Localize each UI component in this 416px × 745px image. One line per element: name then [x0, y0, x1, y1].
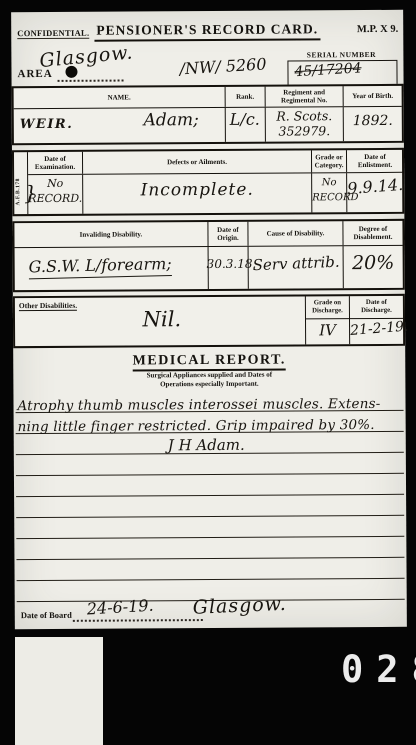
grade-record-line: RECORD [312, 190, 346, 205]
examination-date-value: No RECORD. [28, 177, 82, 207]
ruled-line [16, 453, 404, 476]
board-date-value: 24-6-19. [86, 596, 154, 619]
identity-table: NAME. Rank. Regiment and Regimental No. … [12, 84, 404, 145]
invaliding-disability-header: Invaliding Disability. [14, 222, 208, 247]
page-title: PENSIONER'S RECORD CARD. [94, 21, 320, 41]
serial-number-box: 45/17204 [287, 60, 397, 87]
grade-on-discharge-header: Grade on Discharge. [306, 296, 349, 319]
army-form-side-label: A.F.B.178 [15, 178, 21, 205]
board-row: Date of Board 24-6-19. Glasgow. [21, 598, 401, 626]
identity-value-row: WEIR. Adam; L/c. R. Scots. 352979. 1892. [14, 107, 402, 143]
examination-value-row: } No RECORD. Incomplete. No RECORD [28, 173, 403, 214]
rank-header: Rank. [226, 87, 266, 107]
other-disabilities-label: Other Disabilities. [19, 301, 77, 311]
medical-report-subtitle: Surgical Appliances supplied and Dates o… [13, 370, 405, 390]
no-record-line2: RECORD. [28, 192, 82, 207]
identity-header-row: NAME. Rank. Regiment and Regimental No. … [14, 86, 402, 109]
grade-category-value: No RECORD [312, 175, 346, 205]
forename-value: Adam; [144, 110, 199, 130]
disability-value-row: G.S.W. L/forearm; 30.3.18. Serv attrib. … [15, 246, 403, 290]
name-header: NAME. [14, 87, 226, 108]
other-disabilities-cell: Other Disabilities. Nil. [15, 296, 306, 346]
defects-cell: Incomplete. [83, 173, 312, 213]
ruled-line: ning little finger restricted. Grip impa… [16, 411, 404, 434]
enlistment-date-cell: 9.9.14. [347, 173, 403, 212]
grade-category-header: Grade or Category. [312, 150, 347, 172]
birth-year-value: 1892. [344, 113, 402, 129]
date-of-discharge-column: Date of Discharge. 21-2-19. [350, 296, 403, 344]
name-cell: WEIR. Adam; [14, 108, 226, 143]
date-of-board-label: Date of Board [21, 610, 72, 620]
board-place-value: Glasgow. [192, 593, 287, 619]
serial-number-value: 45/17204 [294, 60, 362, 80]
regiment-header: Regiment and Regimental No. [266, 86, 344, 106]
examination-date-cell: } No RECORD. [28, 175, 83, 214]
cause-of-disability-cell: Serv attrib. [249, 246, 344, 289]
grade-on-discharge-column: Grade on Discharge. IV [306, 296, 350, 344]
file-number-handwritten: /NW/ 5260 [179, 54, 267, 78]
ruled-line [16, 516, 404, 539]
rank-cell: L/c. [226, 108, 266, 142]
other-disabilities-value: Nil. [143, 307, 182, 331]
regiment-name: R. Scots. [266, 108, 343, 123]
scan-background: { "header": { "confidential": "CONFIDENT… [0, 0, 416, 745]
rank-value: L/c. [230, 110, 260, 129]
grade-no-line: No [312, 175, 346, 190]
ruled-line [16, 537, 404, 560]
form-reference: M.P. X 9. [357, 24, 398, 35]
area-dotted-line [58, 80, 124, 82]
date-of-discharge-cell: 21-2-19. [350, 319, 403, 344]
doctor-signature: J H Adam. [168, 436, 245, 454]
enlistment-date-header: Date of Enlistment. [347, 150, 403, 172]
examination-table: A.F.B.178 Date of Examination. Defects o… [12, 148, 404, 216]
ruled-line [16, 495, 404, 518]
ruled-line: Atrophy thumb muscles interossei muscles… [15, 390, 403, 413]
defects-header: Defects or Ailments. [83, 150, 312, 173]
frame-counter: 028 [341, 648, 416, 691]
ruled-line [16, 474, 404, 497]
birth-year-cell: 1892. [344, 107, 402, 141]
grade-category-cell: No RECORD [312, 173, 347, 212]
surname-value: WEIR. [20, 117, 74, 132]
examination-date-header: Date of Examination. [28, 152, 83, 174]
enlistment-date-value: 9.9.14. [347, 175, 404, 198]
disability-table: Invaliding Disability. Date of Origin. C… [12, 219, 404, 292]
cause-of-disability-value: Serv attrib. [252, 253, 340, 275]
grade-on-discharge-cell: IV [306, 319, 349, 344]
next-card-edge [15, 637, 103, 745]
medical-report-title: MEDICAL REPORT. [133, 353, 286, 372]
disability-header-row: Invaliding Disability. Date of Origin. C… [14, 221, 402, 248]
medical-notes-area: Atrophy thumb muscles interossei muscles… [15, 390, 404, 602]
invaliding-disability-cell: G.S.W. L/forearm; [15, 247, 209, 290]
date-of-discharge-value: 21-2-19. [350, 319, 404, 339]
ruled-line [16, 558, 404, 581]
date-of-origin-cell: 30.3.18. [209, 247, 249, 289]
examination-table-main: Date of Examination. Defects or Ailments… [28, 150, 403, 214]
date-of-discharge-header: Date of Discharge. [350, 296, 403, 319]
examination-header-row: Date of Examination. Defects or Ailments… [28, 150, 403, 175]
serial-number-label: SERIAL NUMBER [283, 50, 399, 60]
birth-year-header: Year of Birth. [344, 86, 402, 106]
confidential-stamp: CONFIDENTIAL. [17, 28, 89, 39]
no-record-line1: No [28, 177, 82, 192]
grade-on-discharge-value: IV [306, 321, 349, 339]
area-value-handwritten: Glasgow. [39, 41, 135, 72]
other-disabilities-table: Other Disabilities. Nil. Grade on Discha… [13, 294, 405, 348]
regimental-number: 352979. [266, 123, 343, 138]
board-dotted-line [73, 619, 203, 622]
date-of-origin-header: Date of Origin. [208, 222, 248, 246]
cause-of-disability-header: Cause of Disability. [248, 221, 343, 246]
area-row: AREA Glasgow. /NW/ 5260 SERIAL NUMBER 45… [11, 50, 403, 86]
degree-of-disablement-cell: 20% [344, 246, 403, 288]
medical-report-subtitle-line2: Operations especially Important. [13, 379, 405, 390]
degree-of-disablement-value: 20% [344, 252, 403, 274]
ruled-line: J H Adam. [16, 432, 404, 455]
regiment-value: R. Scots. 352979. [266, 108, 343, 138]
invaliding-disability-value: G.S.W. L/forearm; [28, 254, 172, 279]
record-card: CONFIDENTIAL. PENSIONER'S RECORD CARD. M… [11, 10, 407, 629]
degree-of-disablement-header: Degree of Disablement. [343, 221, 402, 245]
regiment-cell: R. Scots. 352979. [266, 107, 344, 141]
defects-value: Incomplete. [83, 179, 311, 200]
